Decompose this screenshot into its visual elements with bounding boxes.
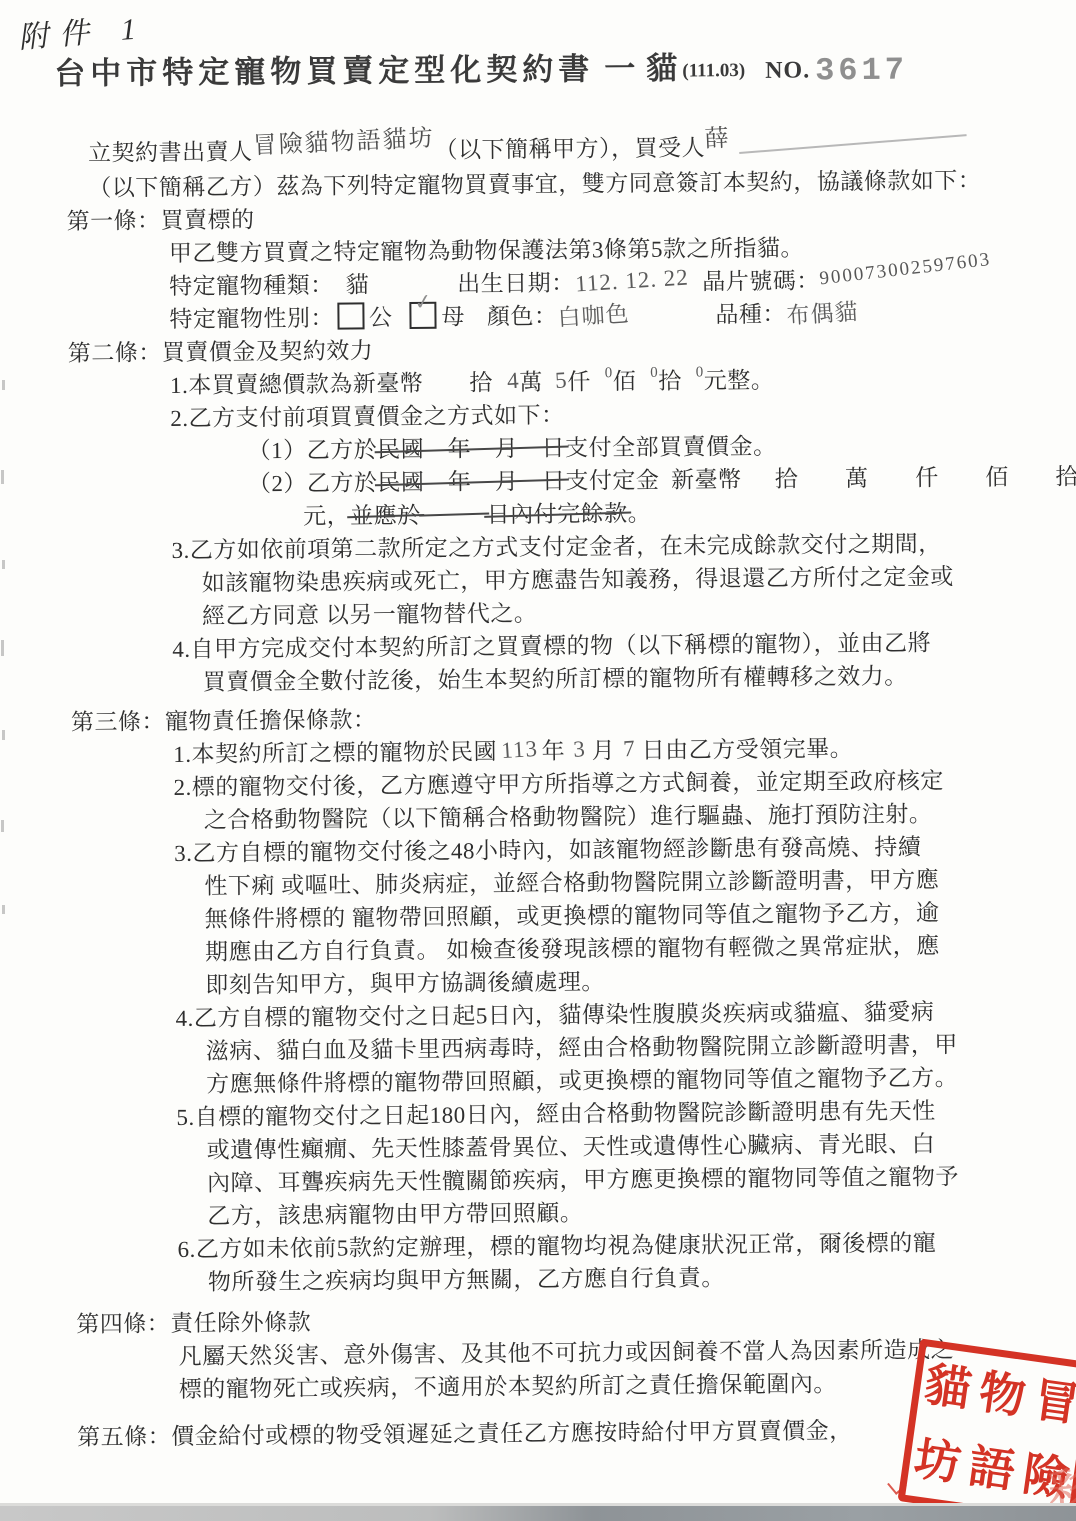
- stamp-char: 貓: [922, 1361, 974, 1413]
- handwritten-zero: 0: [650, 365, 658, 382]
- handwritten-name: 冒險貓物語貓坊: [251, 118, 434, 161]
- spacer: [615, 748, 623, 749]
- spacer: [369, 282, 457, 284]
- scan-artifact: [2, 560, 5, 569]
- printed-text: 立契約書出賣人: [88, 133, 253, 167]
- spacer: [868, 476, 915, 477]
- contract-no-stamped-value: 3617: [815, 52, 908, 90]
- printed-text: （1）乙方於: [247, 431, 377, 465]
- printed-text: 元整。: [704, 362, 775, 396]
- printed-text: 第二條：買賣價金及契約效力: [68, 332, 374, 368]
- spacer: [629, 312, 715, 314]
- printed-text: （2）乙方於: [248, 464, 378, 498]
- printed-text: 第五條：價金給付或標的物受領遲延之責任乙方應按時給付甲方買賣價金，: [77, 1412, 853, 1452]
- printed-text: 如該寵物染患疾病或死亡，甲方應盡告知義務，得退還乙方所付之定金或: [202, 558, 954, 598]
- printed-text: 內障、耳聾疾病先天性髖關節疾病，甲方應更換標的寵物同等值之寵物予: [207, 1158, 959, 1198]
- spacer: [591, 379, 605, 380]
- printed-text: 品種：: [715, 296, 786, 330]
- printed-text: 支付全部買賣價金。: [565, 428, 777, 463]
- printed-text: 顏色：: [487, 298, 558, 332]
- printed-text: 拾: [775, 461, 799, 494]
- seller-seal-stamp: 貓 物 冒 坊 語 險 彩: [897, 1338, 1076, 1521]
- printed-text: 拾: [1055, 458, 1076, 491]
- spacer: [742, 477, 775, 478]
- handwritten-name: 薛: [704, 118, 732, 154]
- spacer: [682, 378, 696, 379]
- scan-artifact: [2, 905, 5, 914]
- checkbox-female-checked: ✓: [409, 302, 436, 329]
- spacer: [543, 380, 555, 381]
- scan-edge-bar: [0, 1506, 1076, 1521]
- title-dash: 一: [604, 43, 640, 88]
- struckout-text: 日內付完餘款: [487, 495, 628, 529]
- scanned-contract-page: 附件 1 台中市特定寵物買賣定型化契約書 一 貓 (111.03) NO. 36…: [0, 0, 1076, 1521]
- scan-artifact: [1, 470, 4, 484]
- struckout-text: 民國 年 月 日: [377, 463, 565, 498]
- printed-text: 母: [441, 298, 465, 331]
- scan-content: 附件 1 台中市特定寵物買賣定型化契約書 一 貓 (111.03) NO. 36…: [0, 0, 1076, 1521]
- printed-text: 1.本契約所訂之標的寵物於民國: [173, 733, 497, 769]
- spacer: [659, 478, 671, 479]
- printed-text: 買賣價金全數付訖後，始生本契約所訂標的寵物所有權轉移之效力。: [202, 658, 907, 697]
- printed-text: 即刻告知甲方，與甲方協調後續處理。: [205, 963, 605, 999]
- printed-text: 凡屬天然災害、意外傷害、及其他不可抗力或因飼養不當人為因素所造成之: [178, 1331, 954, 1371]
- printed-text: 萬: [519, 364, 543, 397]
- scan-artifact: [2, 380, 5, 390]
- handwritten-text: 7: [622, 735, 636, 762]
- contract-body-lines: 立契約書出賣人冒險貓物語貓坊（以下簡稱甲方），買受人薛（以下簡稱乙方）茲為下列特…: [0, 126, 1076, 1452]
- spacer: [939, 475, 986, 476]
- printed-text: 晶片號碼：: [702, 262, 820, 296]
- handwritten-zero: 0: [696, 364, 704, 381]
- spacer: [1009, 474, 1056, 475]
- printed-text: 拾: [658, 363, 682, 396]
- stamp-char: 物: [976, 1369, 1028, 1421]
- printed-text: 期應由乙方自行負責。 如檢查後發現該標的寵物有輕微之異常症狀，應: [205, 927, 940, 966]
- spacer: [423, 380, 469, 381]
- handwritten-text: 布偶貓: [785, 293, 859, 330]
- printed-text: 甲乙雙方買賣之特定寵物為動物保護法第3條第5款之所指貓。: [169, 230, 804, 269]
- printed-text: （以下簡稱甲方），買受人: [434, 129, 705, 164]
- printed-text: 標的寵物死亡或疾病，不適用於本契約所訂之責任擔保範圍內。: [179, 1365, 837, 1404]
- printed-text: 月: [592, 732, 616, 765]
- checkbox-male-unchecked: [337, 302, 364, 329]
- check-mark: ✓: [413, 289, 435, 316]
- struckout-text: 民國 年 月 日: [377, 430, 565, 465]
- handwritten-text: 白咖色: [557, 295, 631, 332]
- contract-title: 台中市特定寵物買賣定型化契約書: [54, 43, 594, 93]
- spacer: [392, 315, 406, 316]
- handwritten-text: 3: [572, 736, 586, 763]
- printed-text: 拾: [469, 364, 493, 397]
- scan-artifact: [1, 640, 4, 656]
- printed-text: 經乙方同意 以另一寵物替代之。: [202, 595, 538, 631]
- contract-no-label: NO.: [765, 57, 810, 84]
- stamp-char: 語: [966, 1443, 1018, 1495]
- spacer: [565, 749, 573, 750]
- printed-text: 仟: [915, 459, 939, 492]
- spacer: [688, 279, 702, 280]
- printed-text: 第三條：寵物責任擔保條款：: [71, 701, 377, 737]
- stamp-char: 坊: [912, 1436, 964, 1488]
- stamp-char: 冒: [1030, 1376, 1076, 1428]
- printed-text: 第一條：買賣標的: [66, 201, 254, 236]
- printed-text: 支付定金: [565, 462, 659, 496]
- spacer: [465, 314, 487, 315]
- printed-text: 佰: [613, 363, 637, 396]
- printed-text: 特定寵物性別：: [169, 300, 334, 334]
- printed-text: 日由乙方受領完畢。: [642, 730, 854, 765]
- printed-text: 乙方，該患病寵物由甲方帶回照顧。: [207, 1194, 583, 1230]
- spacer: [798, 476, 845, 477]
- animal-type-label: 貓: [646, 43, 682, 88]
- printed-text: 公: [369, 299, 393, 332]
- printed-text: 仟: [567, 363, 591, 396]
- printed-text: 6.乙方如未依前5款約定辦理，標的寵物均視為健康狀況正常，爾後標的寵: [177, 1224, 936, 1264]
- handwritten-text: 4: [506, 367, 520, 394]
- scan-artifact: [2, 730, 5, 740]
- printed-text: 特定寵物種類： 貓: [169, 266, 369, 301]
- printed-text: 年: [542, 733, 566, 766]
- handwritten-text: 5: [554, 367, 568, 394]
- struckout-text: 並應於: [350, 497, 421, 531]
- version-label: (111.03): [682, 60, 745, 83]
- printed-text: 第四條：責任除外條款: [76, 1304, 311, 1339]
- printed-text: 元，: [303, 497, 350, 530]
- printed-text: 出生日期：: [457, 265, 575, 299]
- handwritten-text: 112. 12. 22: [574, 264, 689, 297]
- handwritten-text: 113: [500, 735, 538, 763]
- printed-text: 萬: [845, 460, 869, 493]
- struck-blank: [421, 501, 487, 525]
- spacer: [636, 379, 650, 380]
- printed-text: 1.本買賣總價款為新臺幣: [170, 365, 424, 400]
- printed-text: 物所發生之疾病均與甲方無關，乙方應自行負責。: [208, 1259, 725, 1297]
- printed-text: 佰: [985, 459, 1009, 492]
- printed-text: 2.乙方支付前項買賣價金之方式如下：: [170, 397, 565, 433]
- spacer: [493, 380, 507, 381]
- printed-text: 新臺幣: [671, 461, 742, 495]
- handwritten-zero: 0: [605, 365, 613, 382]
- contract-title-row: 台中市特定寵物買賣定型化契約書 一 貓 (111.03) NO. 3617: [54, 41, 908, 94]
- scan-artifact: [1, 820, 4, 832]
